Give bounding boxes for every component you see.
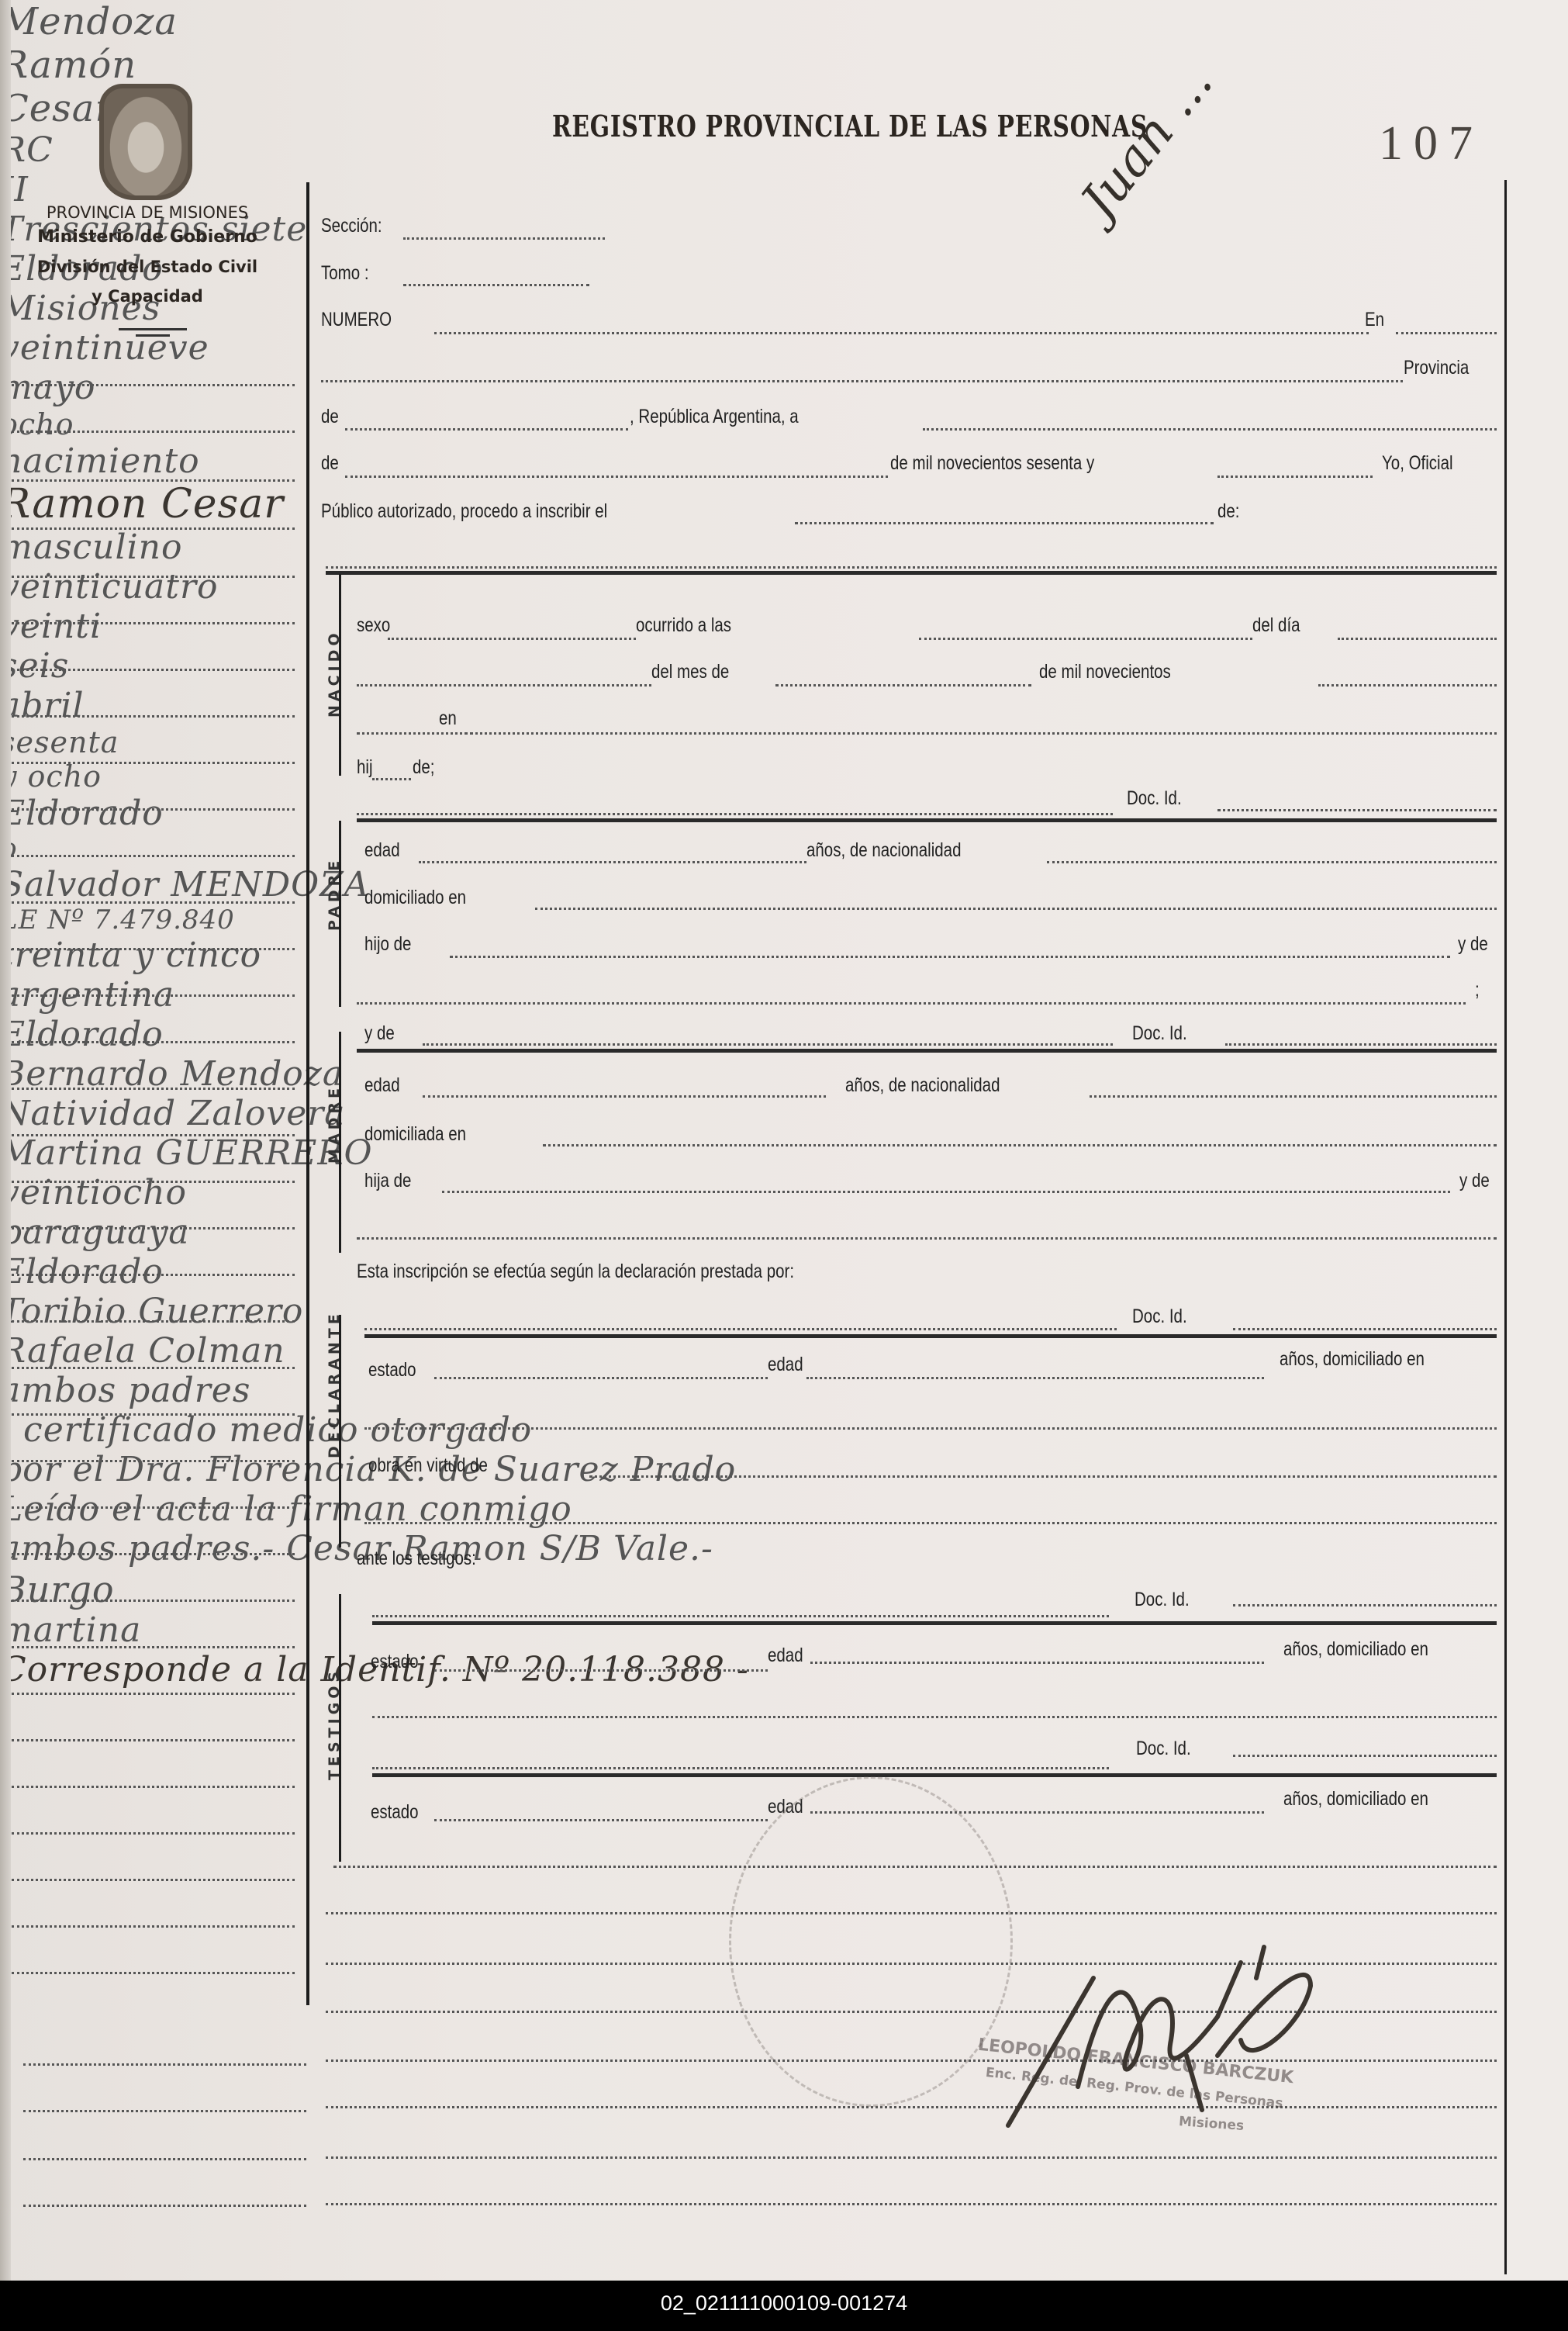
- declarante-edad-label: edad: [768, 1354, 803, 1376]
- hijo-de-label: hijo de: [364, 933, 411, 956]
- publico-label: Público autorizado, procedo a inscribir …: [321, 500, 607, 523]
- sexo-label: sexo: [357, 614, 390, 637]
- de-label: de: [321, 406, 339, 428]
- official-stamp-icon: [729, 1776, 1013, 2107]
- page-title: REGISTRO PROVINCIAL DE LAS PERSONAS: [552, 109, 1148, 144]
- obra-label: obra en virtud de: [368, 1454, 488, 1477]
- day-value-a[interactable]: veinti: [0, 607, 1568, 646]
- testigo2-doc-label: Doc. Id.: [1136, 1738, 1191, 1760]
- margin-divider: [306, 182, 309, 2005]
- birth-year-value-a[interactable]: sesenta: [0, 725, 1568, 759]
- document-page: PROVINCIA DE MISIONES Ministerio de Gobi…: [0, 0, 1568, 2281]
- ocurrido-label: ocurrido a las: [636, 614, 731, 637]
- nacido-section-label: NACIDO: [326, 629, 343, 718]
- testigos-section-label: TESTIGOS: [326, 1668, 343, 1780]
- obra-value-b[interactable]: por el Dra. Florencia K. de Suarez Prado: [0, 1450, 1568, 1489]
- testigo2-estado-label: estado: [371, 1801, 419, 1824]
- mother-name-value[interactable]: Martina GUERRERO: [0, 1133, 1568, 1173]
- officer-signature-icon: [985, 1932, 1373, 2133]
- father-nacionalidad-label: años, de nacionalidad: [806, 839, 961, 862]
- child-name-value[interactable]: Ramon Cesar: [0, 481, 1568, 527]
- padre-section-label: PADRE: [326, 857, 343, 931]
- declarante-doc-label: Doc. Id.: [1132, 1306, 1187, 1328]
- semicolon: ;: [1475, 979, 1480, 1001]
- province-seal-icon: [99, 84, 192, 200]
- hija-de-label: hija de: [364, 1170, 411, 1192]
- mother-edad-label: edad: [364, 1074, 400, 1097]
- folio-number: 107: [1379, 116, 1483, 171]
- month-value[interactable]: mayo: [0, 368, 1568, 407]
- division-name-2: y Capacidad: [0, 287, 295, 306]
- mil-label: de mil novecientos: [1039, 661, 1171, 683]
- testigo1-doc-label: Doc. Id.: [1135, 1589, 1190, 1611]
- mes-label: del mes de: [651, 661, 729, 683]
- ministry-name: Ministerio de Gobierno: [0, 227, 295, 247]
- y-de-mother-label: y de: [364, 1022, 395, 1045]
- hijo-value[interactable]: o: [0, 833, 1568, 865]
- testigos-intro: ante los testigos:: [357, 1548, 476, 1570]
- declarante-name-value[interactable]: ambos padres: [0, 1371, 1568, 1410]
- testigo1-edad-label: edad: [768, 1644, 803, 1667]
- provincia-label: Provincia: [1404, 357, 1469, 379]
- image-id-footer: 02_021111000109-001274: [0, 2281, 1568, 2331]
- hijo-label: hij: [357, 756, 373, 779]
- father-name-value[interactable]: Salvador MENDOZA: [0, 865, 1568, 904]
- margin-name-1: Ramón: [0, 43, 1568, 87]
- de-label: de;: [413, 756, 435, 779]
- declarante-section-label: DECLARANTE: [326, 1310, 343, 1458]
- right-border: [1504, 180, 1507, 2274]
- y-de-2-label: y de: [1459, 1170, 1490, 1192]
- madre-section-label: MADRE: [326, 1084, 343, 1164]
- numero-label: NUMERO: [321, 309, 392, 331]
- testigo2-domicilio-label: años, domiciliado en: [1283, 1788, 1428, 1811]
- republica-label: , República Argentina, a: [630, 406, 799, 428]
- day-value-b[interactable]: seis: [0, 646, 1568, 686]
- seccion-label: Sección:: [321, 215, 382, 237]
- y-de-label: y de: [1458, 933, 1488, 956]
- mother-domicilio-label: domiciliada en: [364, 1123, 466, 1146]
- mother-nacionalidad-label: años, de nacionalidad: [845, 1074, 1000, 1097]
- de-label-2: de: [321, 452, 339, 475]
- testigo1-estado-label: estado: [371, 1651, 419, 1673]
- declarante-estado-label: estado: [368, 1359, 416, 1382]
- en-label: en: [439, 707, 457, 730]
- margin-surname: Mendoza: [0, 0, 1568, 43]
- mother-nacionalidad-value[interactable]: paraguaya: [0, 1212, 1568, 1252]
- closing-line-2[interactable]: ambos padres.- Cesar Ramon S/B Vale.-: [0, 1529, 1568, 1568]
- tomo-label: Tomo :: [321, 262, 369, 285]
- declaracion-intro: Esta inscripción se efectúa según la dec…: [357, 1261, 794, 1283]
- header-divider-2: [136, 334, 170, 337]
- de-colon-label: de:: [1217, 500, 1240, 523]
- del-dia-label: del día: [1252, 614, 1300, 637]
- paternal-grandmother-value[interactable]: Natividad Zalovera: [0, 1094, 1568, 1133]
- maternal-grandfather-value[interactable]: Toribio Guerrero: [0, 1292, 1568, 1331]
- province-name: PROVINCIA DE MISIONES: [0, 203, 295, 222]
- mother-doc-label: Doc. Id.: [1132, 1022, 1187, 1045]
- division-name: División del Estado Civil: [0, 258, 295, 276]
- birth-month-value[interactable]: abril: [0, 686, 1568, 725]
- father-domicilio-label: domiciliado en: [364, 887, 466, 909]
- book-spine: [0, 0, 11, 2281]
- header-divider: [119, 328, 187, 330]
- en-label: En: [1365, 309, 1384, 331]
- father-edad-label: edad: [364, 839, 400, 862]
- declarante-domicilio-label: años, domiciliado en: [1280, 1348, 1425, 1371]
- oficial-label: Yo, Oficial: [1382, 452, 1453, 475]
- birth-year-value-b[interactable]: y ocho: [0, 759, 1568, 794]
- obra-value-a[interactable]: l certificado medico otorgado: [0, 1410, 1568, 1450]
- year-label: de mil novecientos sesenta y: [890, 452, 1094, 475]
- testigo1-domicilio-label: años, domiciliado en: [1283, 1638, 1428, 1661]
- father-doc-label: Doc. Id.: [1127, 787, 1182, 810]
- sexo-value[interactable]: masculino: [0, 527, 1568, 567]
